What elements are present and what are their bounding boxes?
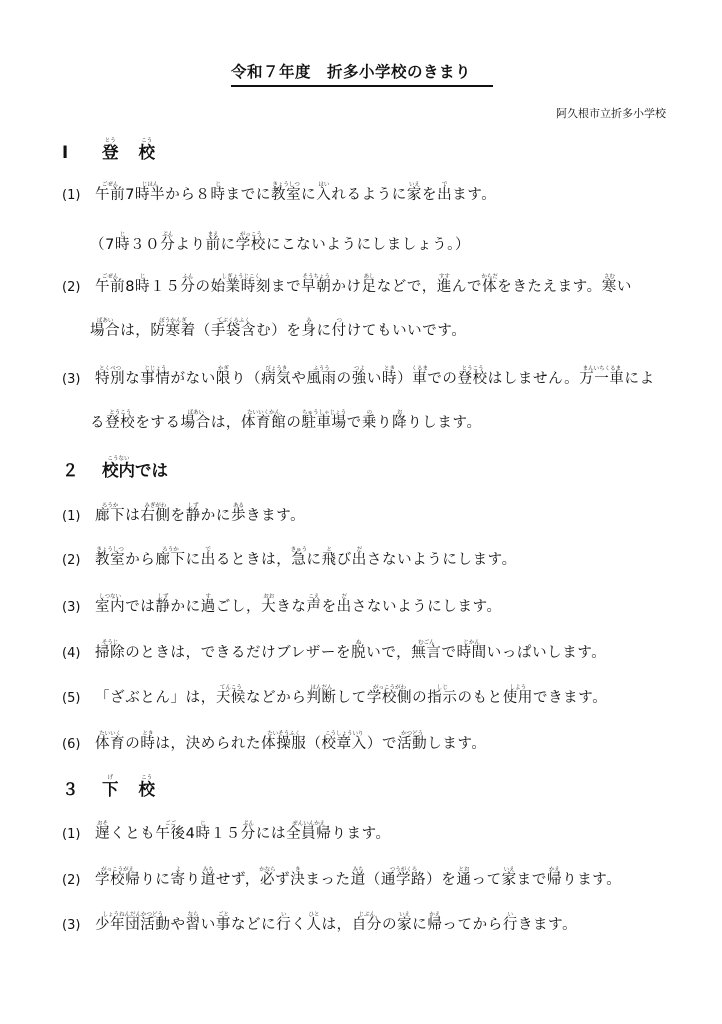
furigana: とうこう (458, 366, 488, 372)
furigana: みち (201, 867, 216, 873)
text-segment: できます。 (533, 690, 607, 706)
item-number: (1) (62, 186, 95, 206)
ruby-word: 教室きょうしつ (95, 552, 125, 568)
ruby-word: 出だ (337, 599, 352, 615)
text-segment: では (135, 461, 168, 480)
ruby-word: 乗の (362, 415, 377, 431)
text-segment: きます。 (518, 917, 577, 933)
text-segment: って (471, 872, 501, 888)
ruby-word: 午前ごぜん (95, 187, 125, 203)
ruby-word: 早朝そうちょう (301, 279, 331, 295)
ruby-word: 時じ (195, 826, 210, 842)
ruby-word: 万一車まんいちくるま (579, 371, 624, 387)
furigana: しぎょうじこく (211, 274, 271, 280)
furigana: かなら (259, 867, 276, 873)
ruby-word: 教室きょうしつ (271, 187, 301, 203)
furigana: じ (135, 274, 150, 280)
text-segment: までに (226, 187, 271, 203)
furigana: とう (102, 138, 118, 144)
furigana: こう (139, 775, 155, 781)
furigana: がっこう (236, 232, 266, 238)
furigana: とき (140, 731, 155, 737)
furigana: つ (332, 318, 347, 324)
furigana: こう (139, 138, 155, 144)
ruby-word: 事情じじょう (140, 371, 170, 387)
ruby-word: 下げ (102, 780, 119, 799)
section-heading: ２校内こうないでは (62, 456, 168, 482)
item-text: 特別とくべつな事情じじょうがない限かぎり（病気びょうきや風雨ふううの強つよい時と… (95, 371, 655, 387)
rule-item: (6)体育たいいくの時ときは，決められた体操服たいそうふく（校章入こうしょういり… (62, 731, 487, 755)
ruby-word: 特別とくべつ (95, 371, 125, 387)
ruby-word: 廊下ろうか (155, 552, 185, 568)
text-segment: い (617, 279, 632, 295)
ruby-word: 声こえ (306, 599, 321, 615)
text-segment: して (337, 690, 367, 706)
ruby-word: 判断はんだん (306, 690, 336, 706)
ruby-word: 家いえ (502, 872, 517, 888)
furigana: ごぜん (95, 182, 125, 188)
ruby-word: 出だ (352, 552, 367, 568)
text-segment: ります。 (562, 872, 621, 888)
ruby-word: 午前ごぜん (95, 279, 125, 295)
text-segment: はしません。 (488, 371, 579, 387)
ruby-word: 事ごと (216, 917, 231, 933)
furigana: そうちょう (301, 274, 331, 280)
furigana: ろうか (95, 503, 125, 509)
text-segment: さないようにします。 (367, 552, 517, 568)
ruby-word: 寄よ (171, 872, 186, 888)
ruby-word: 全員帰ぜんいんかえ (286, 826, 331, 842)
ruby-word: 付つ (332, 323, 347, 339)
rule-item: (4)掃除そうじのときは，できるだけブレザーを脱ぬいで，無言むごんで時間じかんい… (62, 640, 606, 664)
ruby-word: 道みち (351, 872, 366, 888)
furigana: まえ (206, 232, 221, 238)
item-number: (5) (62, 689, 95, 709)
rule-item-continuation: （7時じ３０分ぷんより前まえに学校がっこうにこないようにしましょう。） (90, 232, 470, 255)
text-segment: ります。 (331, 826, 390, 842)
ruby-word: 入はい (316, 187, 331, 203)
text-segment: 8 (125, 279, 135, 295)
furigana: みち (351, 867, 366, 873)
ruby-word: 強つよ (352, 371, 367, 387)
text-segment: は， (322, 917, 352, 933)
ruby-word: 校こう (139, 143, 156, 162)
text-segment: ）を (426, 872, 456, 888)
text-segment: に (306, 552, 321, 568)
text-segment: のときは，できるだけブレザーを (125, 645, 351, 661)
furigana: つうがくろ (381, 867, 426, 873)
furigana: ぷん (160, 232, 175, 238)
text-segment: では (125, 599, 155, 615)
furigana: ある (231, 503, 246, 509)
furigana: かえ (427, 912, 442, 918)
furigana: い (276, 912, 291, 918)
ruby-word: 帰かえ (547, 872, 562, 888)
ruby-word: 急きゅう (291, 552, 306, 568)
text-segment: ごし， (216, 599, 261, 615)
item-text: 「ざぶとん」は，天候てんこうなどから判断はんだんして学校側がっこうがわの指示しじ… (95, 690, 607, 706)
text-segment: せず， (216, 872, 260, 888)
item-number: (3) (62, 598, 95, 618)
text-segment: は (125, 508, 140, 524)
furigana: こえ (306, 594, 321, 600)
rule-item: (1)遅おそくとも午後ごご4時じ１５分ぷんには全員帰ぜんいんかえります。 (62, 821, 391, 845)
ruby-word: 静しず (155, 599, 170, 615)
section-title: 校内こうないでは (102, 461, 168, 480)
text-segment: に (221, 237, 236, 253)
furigana: いえ (502, 867, 517, 873)
furigana: しず (155, 594, 170, 600)
section-number: ３ (62, 779, 102, 801)
ruby-word: 時じ (115, 237, 130, 253)
furigana: いえ (397, 912, 412, 918)
text-segment: に (412, 917, 427, 933)
text-segment: び (337, 552, 352, 568)
furigana: しょうねんだんかつどう (95, 912, 170, 918)
ruby-word: 車くるま (412, 371, 427, 387)
ruby-word: 分ぷん (160, 237, 175, 253)
furigana: あし (362, 274, 377, 280)
furigana: い (503, 912, 518, 918)
ruby-word: 進すす (437, 279, 452, 295)
furigana: まんいちくるま (579, 366, 624, 372)
ruby-word: 校内こうない (102, 461, 135, 480)
item-text: （7時じ３０分ぷんより前まえに学校がっこうにこないようにしましょう。） (90, 237, 470, 253)
text-segment: ず (275, 872, 290, 888)
furigana: こうない (102, 456, 135, 462)
furigana: さむ (602, 274, 617, 280)
furigana: じ (195, 821, 210, 827)
text-segment: い (367, 371, 382, 387)
furigana: おお (261, 594, 276, 600)
furigana: ろうか (155, 547, 185, 553)
text-segment: で (347, 415, 362, 431)
text-segment: けてもいいです。 (347, 323, 467, 339)
text-segment: は，決められた (155, 736, 261, 752)
text-segment: る (90, 415, 105, 431)
furigana: なら (186, 912, 201, 918)
furigana: じ (211, 182, 226, 188)
furigana: ごと (216, 912, 231, 918)
furigana: ぼうかんぎ (150, 318, 195, 324)
ruby-word: 過す (201, 599, 216, 615)
text-segment: ） (397, 371, 412, 387)
ruby-word: 時じ (135, 279, 150, 295)
furigana: お (392, 410, 407, 416)
text-segment: な (125, 371, 140, 387)
text-segment: から (125, 552, 155, 568)
section-heading: ３下げ校こう (62, 775, 175, 801)
text-segment: の (412, 690, 427, 706)
text-segment: や (291, 371, 306, 387)
furigana: げ (102, 775, 118, 781)
ruby-word: 必かなら (260, 872, 275, 888)
document-page: 令和７年度 折多小学校のきまり 阿久根市立折多小学校 I登とう校こう２校内こうな… (0, 0, 722, 1024)
item-number: (1) (62, 507, 95, 527)
furigana: おそ (95, 821, 110, 827)
ruby-word: 前まえ (206, 237, 221, 253)
rule-item: (1)廊下ろうかは右側みぎがわを静しずかに歩あるきます。 (62, 503, 305, 527)
ruby-word: 登校とうこう (458, 371, 488, 387)
text-segment: いで， (366, 645, 411, 661)
item-text: 遅おそくとも午後ごご4時じ１５分ぷんには全員帰ぜんいんかえります。 (95, 826, 391, 842)
school-name: 阿久根市立折多小学校 (556, 105, 666, 121)
furigana: しよう (503, 685, 533, 691)
text-segment: かに (201, 508, 231, 524)
text-segment: む）を (256, 323, 301, 339)
text-segment: １５ (211, 826, 241, 842)
ruby-word: 体からだ (482, 279, 497, 295)
ruby-word: 限かぎ (216, 371, 231, 387)
furigana: とき (382, 366, 397, 372)
ruby-word: 出で (437, 187, 452, 203)
text-segment: の (286, 415, 301, 431)
text-segment: 4 (186, 826, 196, 842)
furigana: がっこうがえ (95, 867, 140, 873)
furigana: と (322, 547, 337, 553)
furigana: み (301, 318, 316, 324)
furigana: ふうう (306, 366, 336, 372)
section-title: 下げ校こう (102, 780, 175, 799)
furigana: で (437, 182, 452, 188)
text-segment: １５ (150, 279, 180, 295)
ruby-word: 歩ある (231, 508, 246, 524)
ruby-word: 時半じはん (135, 187, 165, 203)
text-segment: り (186, 872, 201, 888)
text-segment: いっぱいします。 (487, 645, 607, 661)
ruby-word: 自分じぶん (352, 917, 382, 933)
ruby-word: 寒さむ (602, 279, 617, 295)
ruby-word: 大おお (261, 599, 276, 615)
text-segment: （ (366, 872, 381, 888)
text-segment: の (195, 279, 210, 295)
ruby-word: 行い (276, 917, 291, 933)
furigana: とうこう (105, 410, 135, 416)
ruby-word: 足あし (362, 279, 377, 295)
furigana: てんこう (216, 685, 246, 691)
ruby-word: 室内しつない (95, 599, 125, 615)
rule-item: (2)学校帰がっこうがえりに寄より道みちせず，必かならず決きまった道みち（通学路… (62, 867, 621, 891)
furigana: で (201, 547, 216, 553)
ruby-word: 時間じかん (457, 645, 487, 661)
ruby-word: 右側みぎがわ (140, 508, 170, 524)
text-segment: での (427, 371, 457, 387)
text-segment: く (291, 917, 306, 933)
text-segment: ます。 (452, 187, 496, 203)
text-segment: ってから (442, 917, 502, 933)
text-segment: は， (120, 323, 150, 339)
furigana: かえ (547, 867, 562, 873)
furigana: ふん (180, 274, 195, 280)
furigana: たいいく (95, 731, 125, 737)
ruby-word: 帰かえ (427, 917, 442, 933)
furigana: ぬ (351, 640, 366, 646)
furigana: はい (316, 182, 331, 188)
text-segment: に (317, 323, 332, 339)
furigana: きゅう (291, 547, 308, 553)
ruby-word: 活動かつどう (397, 736, 427, 752)
ruby-word: 病気びょうき (261, 371, 291, 387)
furigana: じじょう (140, 366, 170, 372)
text-segment: い (201, 917, 216, 933)
text-segment: で (441, 645, 456, 661)
ruby-word: 学校帰がっこうがえ (95, 872, 140, 888)
ruby-word: 掃除そうじ (95, 645, 125, 661)
furigana: すす (437, 274, 452, 280)
text-segment: さないようにします。 (352, 599, 502, 615)
text-segment: 7 (125, 187, 135, 203)
text-segment: や (171, 917, 186, 933)
text-segment: がない (171, 371, 216, 387)
text-segment: を (322, 599, 337, 615)
ruby-word: 人ひと (306, 917, 321, 933)
text-segment: の (125, 736, 140, 752)
ruby-word: 出で (201, 552, 216, 568)
furigana: かぎ (216, 366, 231, 372)
text-segment: などに (231, 917, 276, 933)
furigana: はんだん (306, 685, 336, 691)
ruby-word: 分ぷん (241, 826, 256, 842)
furigana: むごん (411, 640, 441, 646)
text-segment: まった (305, 872, 350, 888)
page-title: 令和７年度 折多小学校のきまり (231, 62, 493, 87)
furigana: の (362, 410, 377, 416)
ruby-word: 少年団活動しょうねんだんかつどう (95, 917, 171, 933)
furigana: からだ (481, 274, 498, 280)
ruby-word: 体育館たいいくかん (241, 415, 286, 431)
text-segment: をきたえます。 (497, 279, 602, 295)
item-text: 教室きょうしつから廊下ろうかに出でるときは，急きゅうに飛とび出ださないようにしま… (95, 552, 517, 568)
furigana: くるま (412, 366, 429, 372)
furigana: ぷん (241, 821, 256, 827)
ruby-word: 場合ばあい (90, 323, 120, 339)
text-segment: は， (211, 415, 241, 431)
furigana: たいそうふく (261, 731, 306, 737)
text-segment: きな (276, 599, 306, 615)
item-number: (1) (62, 825, 95, 845)
furigana: びょうき (261, 366, 291, 372)
ruby-word: 通とお (456, 872, 471, 888)
ruby-word: 遅おそ (95, 826, 110, 842)
ruby-word: 行い (503, 917, 518, 933)
ruby-word: 無言むごん (411, 645, 441, 661)
ruby-word: 廊下ろうか (95, 508, 125, 524)
furigana: ごご (155, 821, 185, 827)
item-text: 掃除そうじのときは，できるだけブレザーを脱ぬいで，無言むごんで時間じかんいっぱい… (95, 645, 606, 661)
text-segment: によ (625, 371, 655, 387)
ruby-word: 登校とうこう (105, 415, 135, 431)
ruby-word: 飛と (322, 552, 337, 568)
ruby-word: 習なら (186, 917, 201, 933)
ruby-word: 静しず (186, 508, 201, 524)
item-text: 体育たいいくの時ときは，決められた体操服たいそうふく（校章入こうしょういり）で活… (95, 736, 487, 752)
furigana: しず (186, 503, 201, 509)
furigana: いえ (407, 182, 422, 188)
ruby-word: 学校がっこう (236, 237, 266, 253)
ruby-word: 駐車場ちゅうしゃじょう (301, 415, 346, 431)
item-text: 学校帰がっこうがえりに寄より道みちせず，必かならず決きまった道みち（通学路つうが… (95, 872, 621, 888)
text-segment: より (175, 237, 205, 253)
text-segment: かに (171, 599, 201, 615)
text-segment: をする (135, 415, 180, 431)
ruby-word: 始業時刻しぎょうじこく (211, 279, 271, 295)
ruby-word: 校こう (139, 780, 156, 799)
item-number: (2) (62, 551, 95, 571)
item-number: (2) (62, 278, 95, 298)
text-segment: を (171, 508, 186, 524)
rule-item-continuation: る登校とうこうをする場合ばあいは，体育館たいいくかんの駐車場ちゅうしゃじょうで乗… (90, 410, 482, 433)
rule-item-continuation: 場合ばあいは，防寒着ぼうかんぎ（手袋含てぶくろふくむ）を身みに付つけてもいいです… (90, 318, 466, 341)
section-number: I (62, 142, 102, 164)
text-segment: まで (517, 872, 547, 888)
furigana: しじ (427, 685, 457, 691)
furigana: よ (171, 867, 186, 873)
text-segment: きます。 (246, 508, 305, 524)
item-number: (2) (62, 871, 95, 891)
item-number: (6) (62, 735, 95, 755)
text-segment: などから (246, 690, 306, 706)
furigana: しつない (95, 594, 125, 600)
rule-item: (1)午前ごぜん7時半じはんから８時じまでに教室きょうしつに入はいれるように家い… (62, 182, 496, 206)
item-text: 場合ばあいは，防寒着ぼうかんぎ（手袋含てぶくろふくむ）を身みに付つけてもいいです… (90, 323, 466, 339)
text-segment: るときは， (216, 552, 292, 568)
furigana: ちゅうしゃじょう (301, 410, 346, 416)
ruby-word: 脱ぬ (351, 645, 366, 661)
text-segment: に (301, 187, 316, 203)
text-segment: り (377, 415, 392, 431)
text-segment: れるように (331, 187, 407, 203)
ruby-word: 手袋含てぶくろふく (211, 323, 256, 339)
ruby-word: 防寒着ぼうかんぎ (150, 323, 195, 339)
furigana: じかん (457, 640, 487, 646)
text-segment: から８ (165, 187, 210, 203)
furigana: じ (115, 232, 130, 238)
rule-item: (5)「ざぶとん」は，天候てんこうなどから判断はんだんして学校側がっこうがわの指… (62, 685, 607, 709)
text-segment: んで (452, 279, 482, 295)
furigana: じぶん (352, 912, 382, 918)
furigana: だ (352, 547, 367, 553)
text-segment: の (337, 371, 352, 387)
furigana: かつどう (397, 731, 427, 737)
text-segment: ）で (367, 736, 397, 752)
item-text: 少年団活動しょうねんだんかつどうや習ならい事ごとなどに行いく人ひとは，自分じぶん… (95, 917, 577, 933)
furigana: ばあい (181, 410, 211, 416)
ruby-word: 風雨ふうう (306, 371, 336, 387)
text-segment: します。 (427, 736, 486, 752)
text-segment: を (422, 187, 437, 203)
furigana: つよ (352, 366, 367, 372)
ruby-word: 通学路つうがくろ (381, 872, 426, 888)
text-segment: 「ざぶとん」は， (95, 690, 216, 706)
text-segment: などで， (377, 279, 437, 295)
ruby-word: 分ふん (180, 279, 195, 295)
text-segment: には (256, 826, 286, 842)
furigana: こうしょういり (322, 731, 367, 737)
ruby-word: 体操服たいそうふく (261, 736, 306, 752)
furigana: みぎがわ (140, 503, 170, 509)
ruby-word: 家いえ (407, 187, 422, 203)
text-segment: （ (196, 323, 211, 339)
item-number: (3) (62, 370, 95, 390)
furigana: だ (337, 594, 352, 600)
ruby-word: 身み (301, 323, 316, 339)
furigana: ごぜん (95, 274, 125, 280)
text-segment: に (186, 552, 201, 568)
ruby-word: 家いえ (397, 917, 412, 933)
text-segment: （ (306, 736, 321, 752)
item-text: 室内しつないでは静しずかに過すごし，大おおきな声こえを出ださないようにします。 (95, 599, 502, 615)
ruby-word: 時とき (140, 736, 155, 752)
